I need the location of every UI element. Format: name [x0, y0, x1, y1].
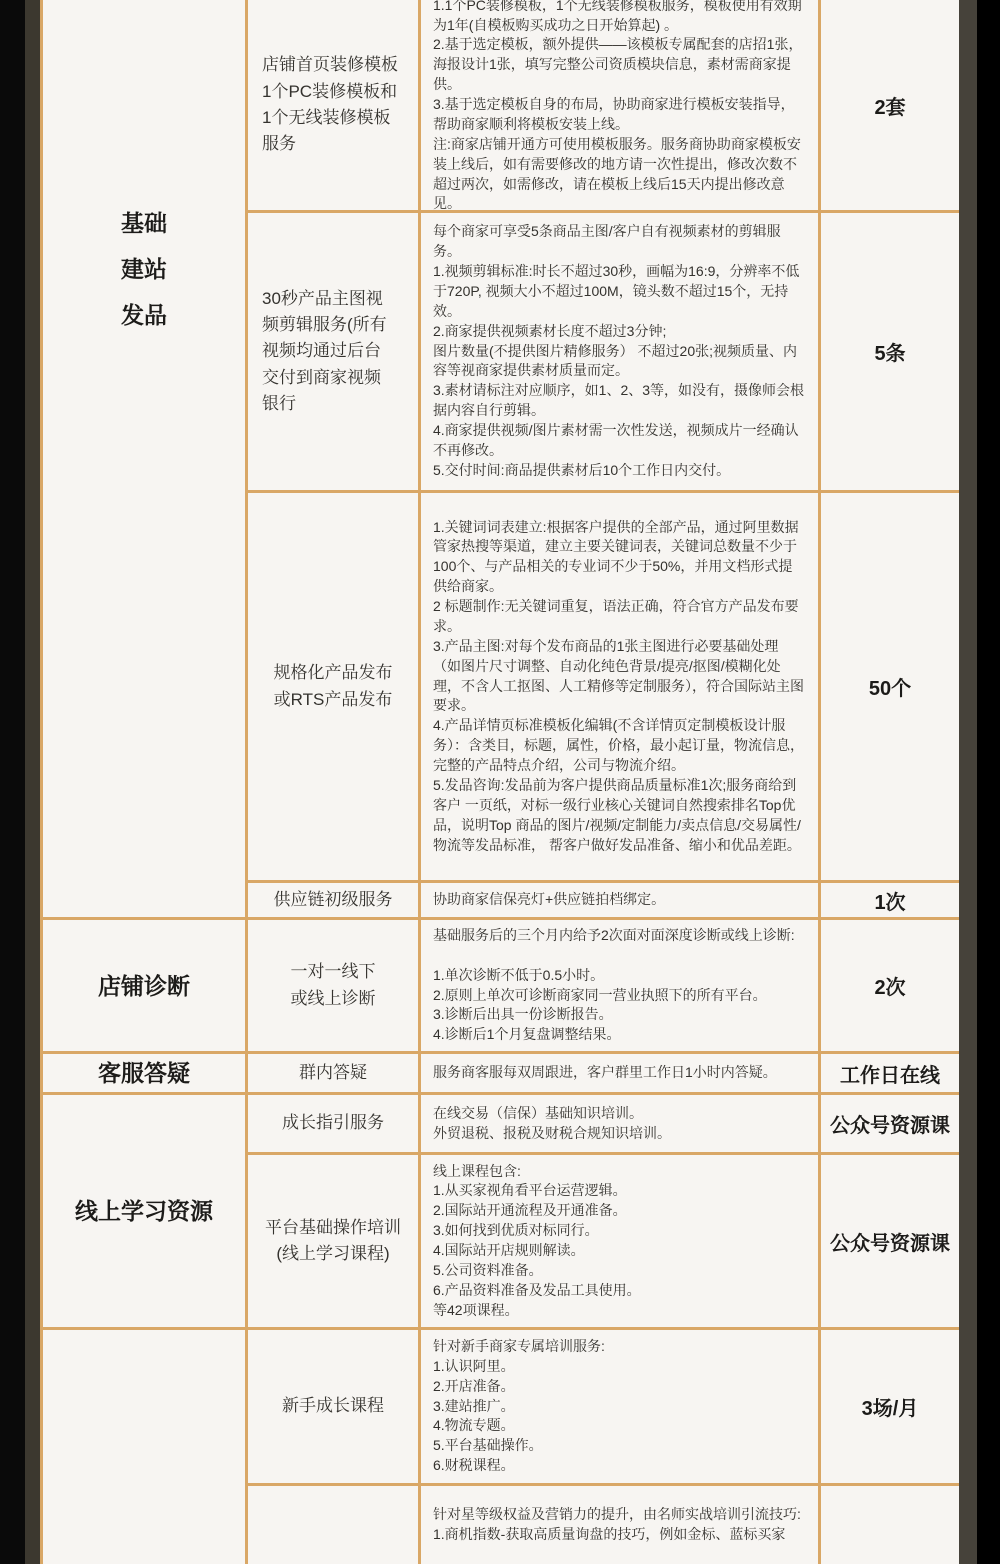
service-desc-one-on-one-diagnosis: 基础服务后的三个月内给予2次面对面深度诊断或线上诊断: 1.单次诊断不低于0.5…: [421, 920, 818, 1051]
service-name-supply-chain: 供应链初级服务: [248, 883, 418, 917]
category-shop-diagnosis: 店铺诊断: [43, 920, 245, 1051]
service-name-group-qa: 群内答疑: [248, 1054, 418, 1092]
service-qty-supply-chain: 1次: [821, 883, 959, 917]
category-basic-setup: 基础 建站 发品: [43, 0, 245, 917]
service-name-video-editing: 30秒产品主图视 频剪辑服务(所有 视频均通过后台 交付到商家视频 银行: [248, 213, 418, 490]
service-qty-newbie-course: 3场/月: [821, 1330, 959, 1483]
service-name-one-on-one-diagnosis: 一对一线下 或线上诊断: [248, 920, 418, 1051]
service-qty-video-editing: 5条: [821, 213, 959, 490]
service-name-newbie-course: 新手成长课程: [248, 1330, 418, 1483]
service-desc-newbie-course: 针对新手商家专属培训服务: 1.认识阿里。 2.开店准备。 3.建站推广。 4.…: [421, 1330, 818, 1483]
service-qty-one-on-one-diagnosis: 2次: [821, 920, 959, 1051]
service-name-homepage-template: 店铺首页装修模板 1个PC装修模板和 1个无线装修模板 服务: [248, 0, 418, 210]
right-margin-strip: [959, 0, 977, 1564]
service-qty-group-qa: 工作日在线: [821, 1054, 959, 1092]
category-bottom-cutoff: [43, 1330, 245, 1564]
service-name-product-publishing: 规格化产品发布 或RTS产品发布: [248, 493, 418, 880]
service-desc-product-publishing: 1.关键词词表建立:根据客户提供的全部产品，通过阿里数据管家热搜等渠道，建立主要…: [421, 493, 818, 880]
service-desc-platform-training: 线上课程包含: 1.从买家视角看平台运营逻辑。 2.国际站开通流程及开通准备。 …: [421, 1155, 818, 1327]
service-qty-homepage-template: 2套: [821, 0, 959, 210]
service-desc-video-editing: 每个商家可享受5条商品主图/客户自有视频素材的剪辑服务。 1.视频剪辑标准:时长…: [421, 213, 818, 490]
service-qty-star-level: [821, 1486, 959, 1564]
left-margin-strip: [25, 0, 40, 1564]
category-online-learning: 线上学习资源: [43, 1095, 245, 1327]
service-desc-supply-chain: 协助商家信保亮灯+供应链拍档绑定。: [421, 883, 818, 917]
service-name-star-level: [248, 1486, 418, 1564]
right-black-margin: [977, 0, 1000, 1564]
service-name-platform-training: 平台基础操作培训 (线上学习课程): [248, 1155, 418, 1327]
category-customer-service: 客服答疑: [43, 1054, 245, 1092]
service-desc-group-qa: 服务商客服每双周跟进，客户群里工作日1小时内答疑。: [421, 1054, 818, 1092]
service-name-growth-guidance: 成长指引服务: [248, 1095, 418, 1152]
service-qty-growth-guidance: 公众号资源课: [821, 1095, 959, 1152]
service-desc-star-level: 针对星等级权益及营销力的提升，由名师实战培训引流技巧: 1.商机指数-获取高质量…: [421, 1486, 818, 1564]
service-package-table: 基础 建站 发品 店铺诊断 客服答疑 线上学习资源 店铺首页装修模板 1个PC装…: [40, 0, 959, 1564]
service-qty-product-publishing: 50个: [821, 493, 959, 880]
service-desc-homepage-template: 1.1个PC装修模板，1个无线装修模板服务，模板使用有效期为1年(自模板购买成功…: [421, 0, 818, 210]
service-qty-platform-training: 公众号资源课: [821, 1155, 959, 1327]
service-desc-growth-guidance: 在线交易（信保）基础知识培训。 外贸退税、报税及财税合规知识培训。: [421, 1095, 818, 1152]
